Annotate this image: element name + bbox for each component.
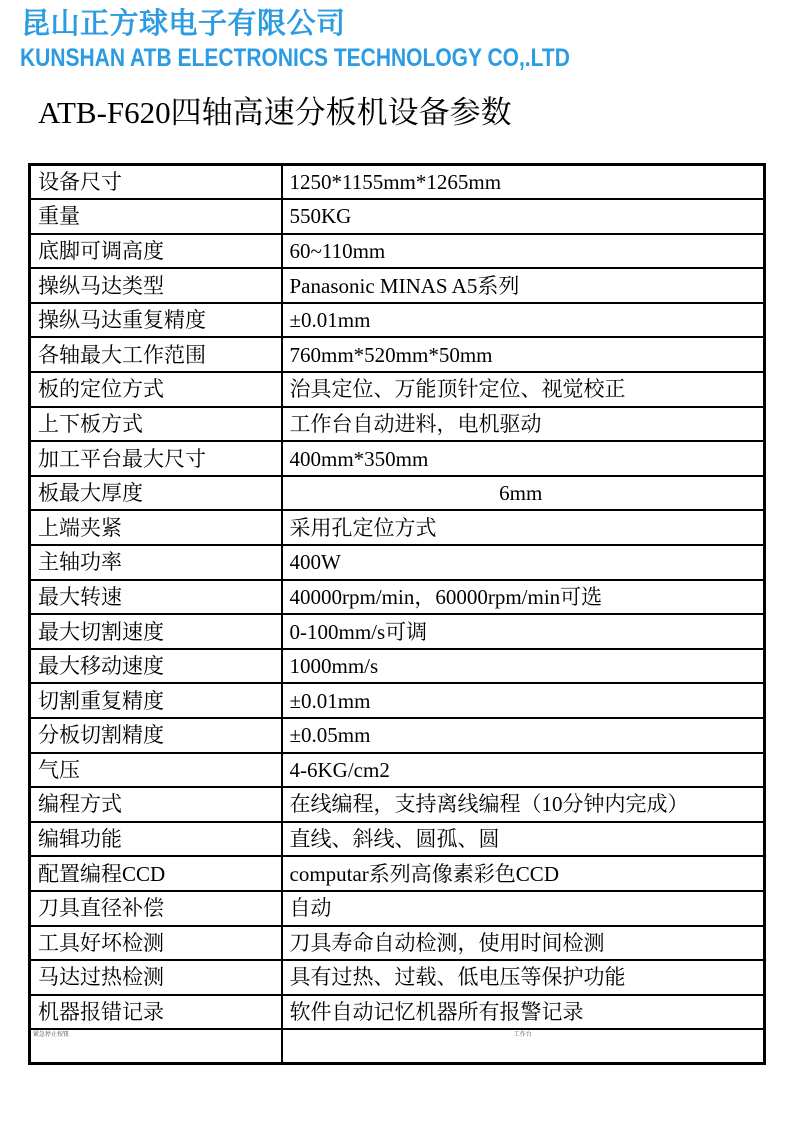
spec-value-cell: 760mm*520mm*50mm [282, 337, 765, 372]
table-row: 板的定位方式治具定位、万能顶针定位、视觉校正 [30, 372, 765, 407]
spec-value-cell: 刀具寿命自动检测，使用时间检测 [282, 926, 765, 961]
page-title: ATB-F620四轴高速分板机设备参数 [38, 93, 512, 133]
spec-label-cell: 最大移动速度 [30, 649, 282, 684]
spec-value-cell: 1250*1155mm*1265mm [282, 165, 765, 200]
spec-value-cell: 400W [282, 545, 765, 580]
spec-label-cell: 各轴最大工作范围 [30, 337, 282, 372]
footer-right-cell: 工作台 [282, 1029, 765, 1064]
spec-value-cell: 40000rpm/min，60000rpm/min可选 [282, 580, 765, 615]
spec-label-cell: 主轴功率 [30, 545, 282, 580]
spec-value-cell: 治具定位、万能顶针定位、视觉校正 [282, 372, 765, 407]
table-row: 板最大厚度6mm [30, 476, 765, 511]
spec-label-cell: 编辑功能 [30, 822, 282, 857]
table-row: 设备尺寸1250*1155mm*1265mm [30, 165, 765, 200]
spec-value-cell: ±0.01mm [282, 303, 765, 338]
table-row: 上端夹紧采用孔定位方式 [30, 510, 765, 545]
table-row: 最大切割速度0-100mm/s可调 [30, 614, 765, 649]
spec-label-cell: 加工平台最大尺寸 [30, 441, 282, 476]
spec-label-cell: 最大切割速度 [30, 614, 282, 649]
spec-label-cell: 最大转速 [30, 580, 282, 615]
spec-label-cell: 上下板方式 [30, 407, 282, 442]
spec-value-cell: 具有过热、过载、低电压等保护功能 [282, 960, 765, 995]
spec-label-cell: 刀具直径补偿 [30, 891, 282, 926]
table-row: 操纵马达类型Panasonic MINAS A5系列 [30, 268, 765, 303]
spec-label-cell: 气压 [30, 753, 282, 788]
spec-value-cell: ±0.05mm [282, 718, 765, 753]
spec-table: 设备尺寸1250*1155mm*1265mm重量550KG底脚可调高度60~11… [28, 163, 766, 1065]
spec-label-cell: 操纵马达类型 [30, 268, 282, 303]
spec-label-cell: 马达过热检测 [30, 960, 282, 995]
spec-value-cell: 0-100mm/s可调 [282, 614, 765, 649]
table-row: 切割重复精度±0.01mm [30, 683, 765, 718]
spec-value-cell: 自动 [282, 891, 765, 926]
table-row: 机器报错记录软件自动记忆机器所有报警记录 [30, 995, 765, 1030]
spec-value-cell: 软件自动记忆机器所有报警记录 [282, 995, 765, 1030]
spec-label-cell: 板最大厚度 [30, 476, 282, 511]
table-row: 重量550KG [30, 199, 765, 234]
spec-value-cell: 60~110mm [282, 234, 765, 269]
spec-value-cell: 采用孔定位方式 [282, 510, 765, 545]
spec-value-cell: 1000mm/s [282, 649, 765, 684]
spec-label-cell: 设备尺寸 [30, 165, 282, 200]
table-row: 底脚可调高度60~110mm [30, 234, 765, 269]
spec-label-cell: 上端夹紧 [30, 510, 282, 545]
spec-label-cell: 分板切割精度 [30, 718, 282, 753]
spec-value-cell: ±0.01mm [282, 683, 765, 718]
document-page: 昆山正方球电子有限公司 KUNSHAN ATB ELECTRONICS TECH… [0, 0, 794, 1123]
spec-label-cell: 切割重复精度 [30, 683, 282, 718]
spec-value-cell: 400mm*350mm [282, 441, 765, 476]
table-row: 编辑功能直线、斜线、圆孤、圆 [30, 822, 765, 857]
table-row: 配置编程CCDcomputar系列高像素彩色CCD [30, 856, 765, 891]
table-row: 操纵马达重复精度±0.01mm [30, 303, 765, 338]
spec-label-cell: 工具好坏检测 [30, 926, 282, 961]
spec-label-cell: 机器报错记录 [30, 995, 282, 1030]
table-row: 上下板方式工作台自动进料，电机驱动 [30, 407, 765, 442]
company-name-english: KUNSHAN ATB ELECTRONICS TECHNOLOGY CO,.L… [20, 43, 570, 73]
table-row: 主轴功率400W [30, 545, 765, 580]
spec-value-cell: 6mm [282, 476, 765, 511]
table-row: 编程方式在线编程，支持离线编程（10分钟内完成） [30, 787, 765, 822]
spec-value-cell: computar系列高像素彩色CCD [282, 856, 765, 891]
table-row: 分板切割精度±0.05mm [30, 718, 765, 753]
footer-left-cell: 紧急停止按钮 [30, 1029, 282, 1064]
spec-table-body: 设备尺寸1250*1155mm*1265mm重量550KG底脚可调高度60~11… [30, 165, 765, 1064]
table-row: 加工平台最大尺寸400mm*350mm [30, 441, 765, 476]
spec-value-cell: Panasonic MINAS A5系列 [282, 268, 765, 303]
spec-value-cell: 工作台自动进料，电机驱动 [282, 407, 765, 442]
spec-label-cell: 重量 [30, 199, 282, 234]
spec-label-cell: 编程方式 [30, 787, 282, 822]
table-row: 刀具直径补偿自动 [30, 891, 765, 926]
table-row: 各轴最大工作范围760mm*520mm*50mm [30, 337, 765, 372]
table-row: 马达过热检测具有过热、过载、低电压等保护功能 [30, 960, 765, 995]
spec-label-cell: 底脚可调高度 [30, 234, 282, 269]
spec-label-cell: 配置编程CCD [30, 856, 282, 891]
table-footer-row: 紧急停止按钮工作台 [30, 1029, 765, 1064]
spec-value-cell: 4-6KG/cm2 [282, 753, 765, 788]
spec-label-cell: 操纵马达重复精度 [30, 303, 282, 338]
spec-value-cell: 直线、斜线、圆孤、圆 [282, 822, 765, 857]
company-name-chinese: 昆山正方球电子有限公司 [21, 7, 346, 41]
spec-value-cell: 在线编程，支持离线编程（10分钟内完成） [282, 787, 765, 822]
table-row: 最大转速40000rpm/min，60000rpm/min可选 [30, 580, 765, 615]
table-row: 工具好坏检测刀具寿命自动检测，使用时间检测 [30, 926, 765, 961]
spec-label-cell: 板的定位方式 [30, 372, 282, 407]
table-row: 气压4-6KG/cm2 [30, 753, 765, 788]
table-row: 最大移动速度1000mm/s [30, 649, 765, 684]
spec-value-cell: 550KG [282, 199, 765, 234]
